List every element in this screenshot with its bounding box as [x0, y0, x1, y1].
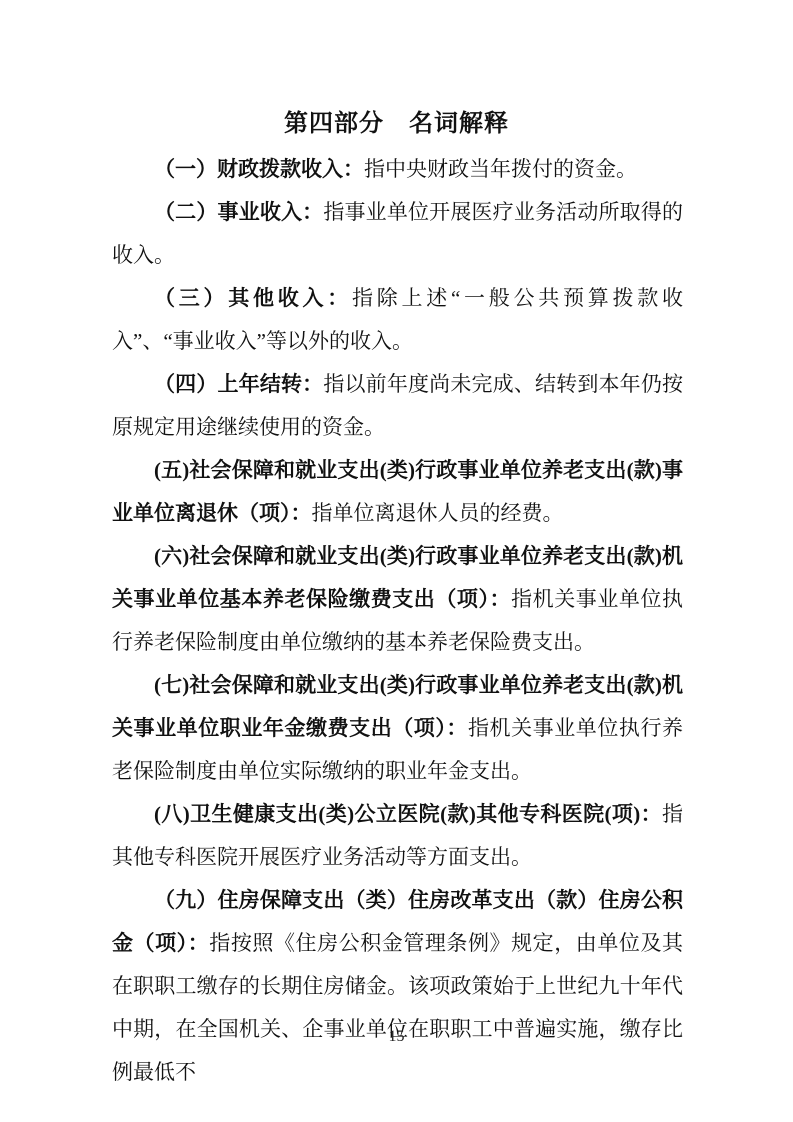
- term-label: （二）事业收入：: [154, 200, 323, 224]
- paragraph: (七)社会保障和就业支出(类)行政事业单位养老支出(款)机关事业单位职业年金缴费…: [112, 664, 683, 793]
- term-label: （三）其他收入：: [154, 286, 352, 310]
- term-label: （一）财政拨款收入：: [154, 157, 364, 181]
- paragraph: （三）其他收入：指除上述“一般公共预算拨款收入”、“事业收入”等以外的收入。: [112, 277, 683, 363]
- paragraph: （一）财政拨款收入：指中央财政当年拨付的资金。: [112, 148, 683, 191]
- term-definition: 指单位离退休人员的经费。: [312, 501, 564, 525]
- document-page: 第四部分 名词解释 （一）财政拨款收入：指中央财政当年拨付的资金。（二）事业收入…: [0, 0, 793, 1122]
- paragraph: （四）上年结转：指以前年度尚未完成、结转到本年仍按原规定用途继续使用的资金。: [112, 363, 683, 449]
- paragraph: （二）事业收入：指事业单位开展医疗业务活动所取得的收入。: [112, 191, 683, 277]
- paragraph: (五)社会保障和就业支出(类)行政事业单位养老支出(款)事业单位离退休（项）：指…: [112, 449, 683, 535]
- term-definition: 指中央财政当年拨付的资金。: [364, 157, 637, 181]
- term-label: （四）上年结转：: [154, 372, 323, 396]
- document-body: （一）财政拨款收入：指中央财政当年拨付的资金。（二）事业收入：指事业单位开展医疗…: [112, 148, 683, 1094]
- page-number: 15: [0, 1026, 793, 1048]
- paragraph: (六)社会保障和就业支出(类)行政事业单位养老支出(款)机关事业单位基本养老保险…: [112, 535, 683, 664]
- term-label: (八)卫生健康支出(类)公立医院(款)其他专科医院(项)：: [154, 802, 662, 826]
- page-title: 第四部分 名词解释: [0, 0, 793, 144]
- paragraph: (八)卫生健康支出(类)公立医院(款)其他专科医院(项)：指其他专科医院开展医疗…: [112, 793, 683, 879]
- paragraph: （九）住房保障支出（类）住房改革支出（款）住房公积金（项）：指按照《住房公积金管…: [112, 879, 683, 1094]
